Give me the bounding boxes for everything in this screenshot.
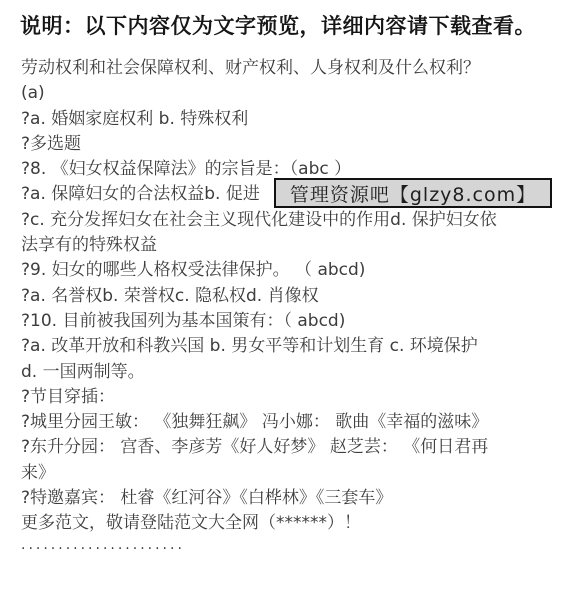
- dots-row: ······················: [21, 537, 566, 562]
- text-line: ?a. 改革开放和科教兴国 b. 男女平等和计划生育 c. 环境保护: [21, 334, 566, 359]
- text-line: d. 一国两制等。: [21, 360, 566, 385]
- text-line: 更多范文，敬请登陆范文大全网（******）！: [21, 511, 566, 536]
- text-line: ?多选题: [21, 132, 566, 157]
- text-line: (a): [21, 81, 566, 106]
- document-text-body: 劳动权利和社会保障权利、财产权利、人身权利及什么权利？ (a) ?a. 婚姻家庭…: [21, 56, 566, 562]
- preview-notice-heading: 说明：以下内容仅为文字预览，详细内容请下载查看。: [20, 10, 536, 40]
- text-line: ?特邀嘉宾： 杜睿《红河谷》《白桦林》《三套车》: [21, 486, 566, 511]
- text-line: ?10. 目前被我国列为基本国策有：（ abcd): [21, 309, 566, 334]
- text-line: ?城里分园王敏： 《独舞狂飙》 冯小娜： 歌曲《幸福的滋味》: [21, 410, 566, 435]
- watermark-label: 管理资源吧【glzy8.com】: [290, 180, 536, 207]
- text-line: ?节目穿插：: [21, 385, 566, 410]
- text-line: ?a. 名誉权b. 荣誉权c. 隐私权d. 肖像权: [21, 284, 566, 309]
- text-line: ?东升分园： 宫香、李彦芳《好人好梦》 赵芝芸： 《何日君再: [21, 435, 566, 460]
- watermark-badge: 管理资源吧【glzy8.com】: [274, 178, 552, 208]
- text-line: ?9. 妇女的哪些人格权受法律保护。 （ abcd): [21, 258, 566, 283]
- text-line: ?c. 充分发挥妇女在社会主义现代化建设中的作用d. 保护妇女依: [21, 208, 566, 233]
- text-line: 来》: [21, 461, 566, 486]
- text-line: 法享有的特殊权益: [21, 233, 566, 258]
- text-line: 劳动权利和社会保障权利、财产权利、人身权利及什么权利？: [21, 56, 566, 81]
- document-preview-page: 说明：以下内容仅为文字预览，详细内容请下载查看。 劳动权利和社会保障权利、财产权…: [0, 0, 578, 600]
- text-line: ?a. 婚姻家庭权利 b. 特殊权利: [21, 107, 566, 132]
